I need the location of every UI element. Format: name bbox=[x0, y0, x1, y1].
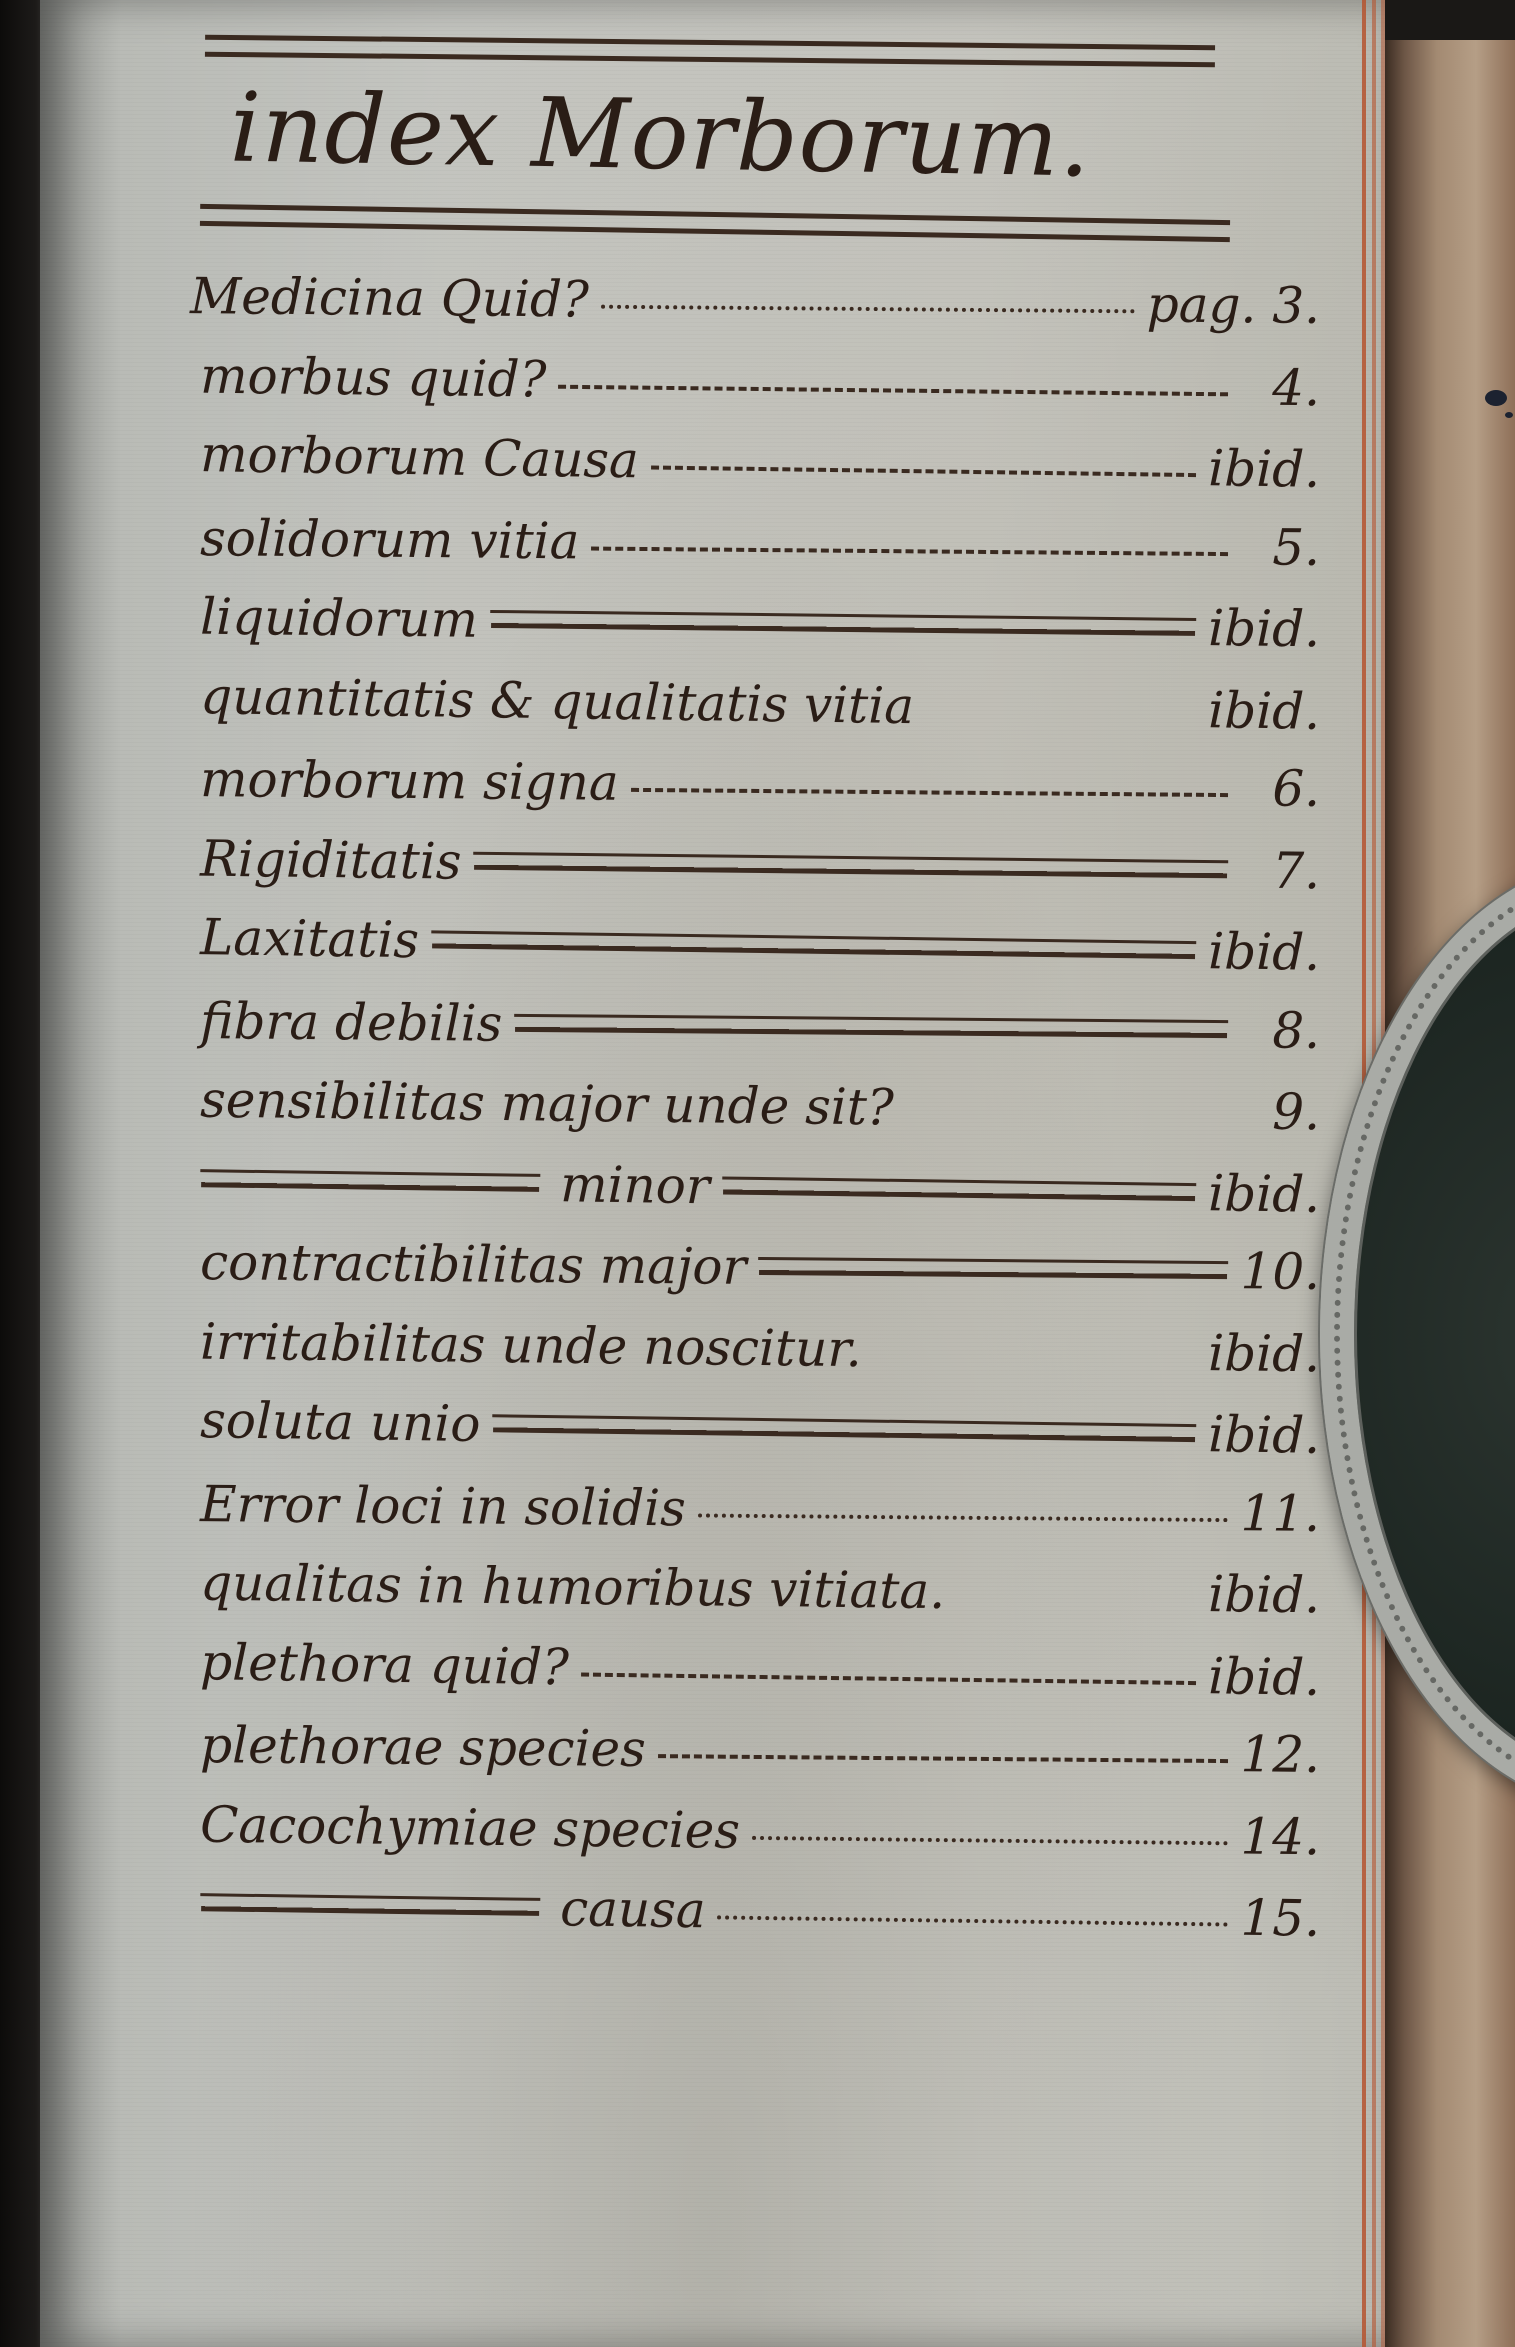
entry-label: plethorae species bbox=[200, 1716, 646, 1778]
leader-line bbox=[514, 1013, 1228, 1032]
index-entry: irritabilitas unde noscitur.ibid. bbox=[200, 1312, 1321, 1405]
entry-label: Rigiditatis bbox=[200, 829, 462, 890]
entry-page-ref: 5. bbox=[1240, 518, 1321, 577]
entry-page-ref: ibid. bbox=[1208, 439, 1321, 499]
leader-line bbox=[473, 851, 1228, 873]
entry-label: sensibilitas major unde sit? bbox=[200, 1071, 894, 1137]
index-entry: Rigiditatis7. bbox=[200, 829, 1321, 922]
entry-page-ref: ibid. bbox=[1208, 1565, 1321, 1624]
entry-page-ref: ibid. bbox=[1208, 1324, 1321, 1383]
entry-page-ref: 7. bbox=[1240, 841, 1321, 900]
leader-line bbox=[658, 1754, 1228, 1763]
entry-page-ref: 12. bbox=[1240, 1725, 1321, 1784]
index-entry: plethorae species12. bbox=[200, 1716, 1321, 1806]
leader-line bbox=[490, 610, 1196, 631]
index-entry: solidorum vitia5. bbox=[200, 509, 1321, 599]
leader-line bbox=[957, 1600, 1196, 1603]
index-entry: liquidorumibid. bbox=[200, 588, 1321, 681]
ditto-rule bbox=[200, 1893, 540, 1911]
document-title: index Morborum. bbox=[229, 52, 1321, 221]
index-document: index Morborum. Medicina Quid?pag. 3.mor… bbox=[190, 40, 1320, 1963]
entry-label: morborum signa bbox=[200, 750, 619, 812]
entry-label: irritabilitas unde noscitur. bbox=[200, 1312, 862, 1378]
index-entry: morborum signa6. bbox=[200, 750, 1321, 840]
ink-stain bbox=[1505, 412, 1513, 418]
entry-page-ref: 10. bbox=[1240, 1242, 1321, 1301]
leader-line bbox=[651, 465, 1196, 477]
entry-label: plethora quid? bbox=[200, 1633, 569, 1696]
index-entry: Error loci in solidis11. bbox=[200, 1475, 1321, 1565]
entry-label: morborum Causa bbox=[200, 425, 639, 489]
index-entry: qualitas in humoribus vitiata.ibid. bbox=[200, 1554, 1321, 1647]
index-entry: sensibilitas major unde sit?9. bbox=[200, 1071, 1321, 1164]
entry-label: Medicina Quid? bbox=[190, 267, 589, 328]
entry-label: morbus quid? bbox=[200, 346, 547, 408]
leader-line bbox=[752, 1835, 1228, 1844]
leader-line bbox=[698, 1513, 1228, 1522]
entry-page-ref: 8. bbox=[1240, 1001, 1321, 1060]
entry-page-ref: 15. bbox=[1240, 1889, 1321, 1948]
leader-line bbox=[906, 1117, 1228, 1121]
entry-page-ref: ibid. bbox=[1208, 681, 1321, 741]
entry-page-ref: 9. bbox=[1240, 1082, 1321, 1141]
entry-label: soluta unio bbox=[200, 1391, 481, 1453]
entry-label: Laxitatis bbox=[200, 908, 420, 969]
entry-page-ref: 14. bbox=[1240, 1807, 1321, 1866]
ink-stain bbox=[1485, 390, 1507, 406]
index-entry: Laxitatisibid. bbox=[199, 908, 1320, 1004]
entry-label: qualitas in humoribus vitiata. bbox=[200, 1554, 946, 1620]
index-entry: morbus quid?4. bbox=[200, 346, 1321, 439]
leader-line bbox=[558, 384, 1228, 396]
index-entry: contractibilitas major10. bbox=[200, 1233, 1321, 1323]
entry-page-ref: 11. bbox=[1240, 1484, 1321, 1543]
ditto-rule bbox=[200, 1169, 540, 1187]
entry-label: causa bbox=[560, 1879, 706, 1939]
entry-page-ref: ibid. bbox=[1208, 1405, 1321, 1465]
leader-line bbox=[718, 1915, 1229, 1926]
entry-page-ref: 6. bbox=[1240, 759, 1321, 818]
index-entry: fibra debilis8. bbox=[200, 992, 1321, 1082]
index-entry: morborum Causaibid. bbox=[199, 425, 1320, 521]
entry-page-ref: 4. bbox=[1240, 358, 1321, 417]
entry-label: quantitatis & qualitatis vitia bbox=[200, 667, 915, 735]
entry-label: solidorum vitia bbox=[200, 509, 580, 570]
entry-page-ref: ibid. bbox=[1208, 1164, 1321, 1224]
leader-line bbox=[492, 1414, 1196, 1437]
leader-line bbox=[431, 930, 1196, 954]
entry-page-ref: ibid. bbox=[1208, 599, 1321, 658]
leader-line bbox=[874, 1358, 1197, 1362]
index-entries: Medicina Quid?pag. 3.morbus quid?4.morbo… bbox=[190, 272, 1320, 1963]
leader-line bbox=[591, 546, 1228, 556]
index-entry: minoribid. bbox=[199, 1150, 1320, 1246]
index-entry: Cacochymiae species14. bbox=[200, 1795, 1321, 1888]
leader-line bbox=[581, 1672, 1196, 1685]
entry-label: minor bbox=[560, 1155, 710, 1215]
entry-label: fibra debilis bbox=[200, 992, 503, 1053]
index-entry: plethora quid?ibid. bbox=[199, 1633, 1320, 1729]
index-entry: quantitatis & qualitatis vitiaibid. bbox=[199, 667, 1320, 763]
leader-line bbox=[722, 1176, 1197, 1196]
entry-label: liquidorum bbox=[200, 588, 478, 649]
entry-page-ref: ibid. bbox=[1208, 922, 1321, 982]
index-entry: Medicina Quid?pag. 3. bbox=[190, 267, 1321, 357]
index-entry: soluta unioibid. bbox=[199, 1391, 1320, 1487]
entry-label: Cacochymiae species bbox=[200, 1795, 740, 1859]
index-entry: causa15. bbox=[199, 1874, 1320, 1970]
leader-line bbox=[631, 788, 1228, 797]
leader-line bbox=[758, 1257, 1228, 1274]
entry-label: Error loci in solidis bbox=[200, 1475, 686, 1537]
entry-page-ref: ibid. bbox=[1208, 1647, 1321, 1707]
entry-label: contractibilitas major bbox=[200, 1233, 747, 1296]
leader-line bbox=[926, 715, 1196, 719]
leader-line bbox=[601, 305, 1135, 314]
entry-page-ref: pag. 3. bbox=[1147, 275, 1321, 335]
